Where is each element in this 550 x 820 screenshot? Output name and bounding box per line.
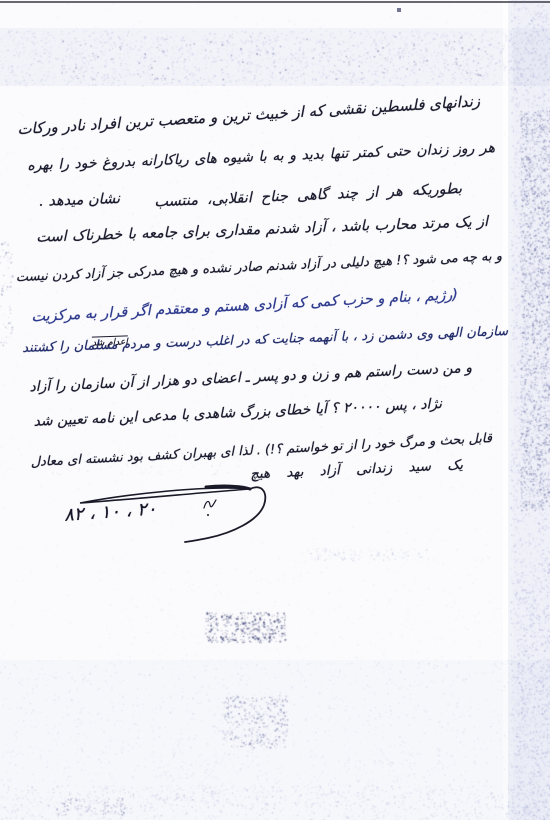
handwritten-line-1: زندانهای فلسطین نقشی که از خبیث ترین و م… bbox=[32, 92, 480, 137]
scan-artifact-band-top bbox=[0, 28, 550, 86]
scan-top-edge-line bbox=[0, 1, 550, 3]
scanned-letter-page: زندانهای فلسطین نقشی که از خبیث ترین و م… bbox=[0, 0, 550, 820]
handwritten-line-4: از یک مرتد محارب باشد ، آزاد شدنم مقداری… bbox=[36, 214, 488, 246]
handwritten-line-6: (رژیم ، بنام و حزب کمی که آزادی هستم و م… bbox=[58, 287, 458, 324]
handwritten-line-3: بطوریکه هر از چند گاهی جناح انقلابی، منت… bbox=[154, 181, 462, 210]
handwritten-line-3-left-fragment: نشان میدهد . bbox=[28, 191, 121, 210]
scan-ink-speck bbox=[397, 8, 401, 12]
handwritten-line-9: نژاد ، پس ۲۰۰۰۰ ؟ آیا خطای بزرگ شاهدی با… bbox=[34, 396, 442, 430]
scan-artifact-band-right bbox=[508, 0, 550, 820]
handwritten-line-8: و من دست راستم هم و زن و دو پسر ـ اعضای … bbox=[29, 360, 472, 395]
scan-page-edge-gap bbox=[503, 0, 513, 820]
handwritten-line-5: و به چه می شود ؟! هیچ دلیلی در آزاد شدنم… bbox=[24, 249, 502, 285]
handwritten-line-2: هر روز زندان حتی کمتر تنها بدید و به با … bbox=[27, 140, 495, 174]
interline-annotation: اعدام شد bbox=[92, 335, 128, 348]
scan-artifact-band-bottom bbox=[0, 660, 550, 820]
